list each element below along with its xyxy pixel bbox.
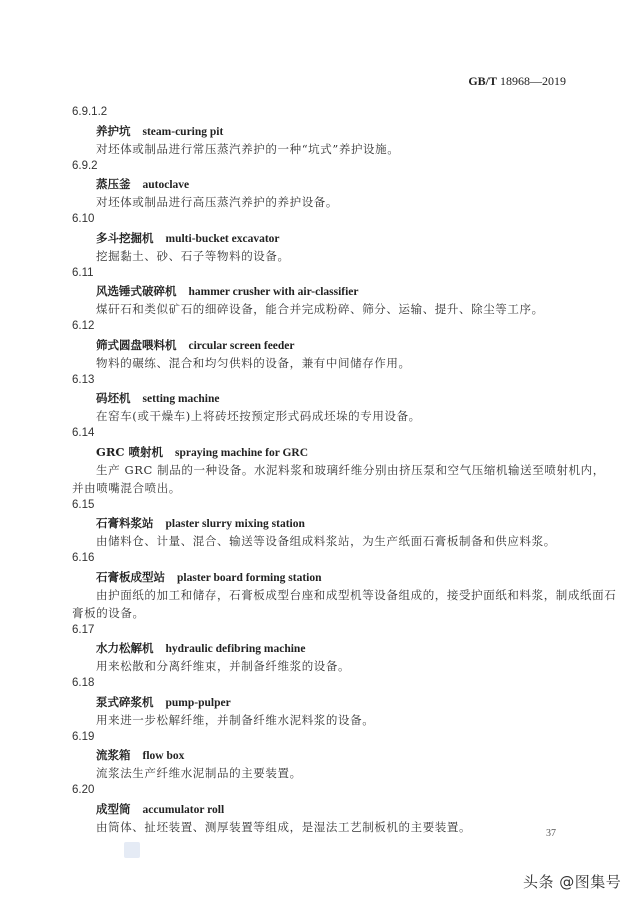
term-zh: 多斗挖掘机 [96,231,154,245]
entry-term: 筛式圆盘喂料机circular screen feeder [72,336,572,354]
term-zh: GRC 喷射机 [96,445,163,459]
entry-term: 蒸压釜autoclave [72,175,572,193]
term-en: steam-curing pit [143,126,224,138]
entry-number: 6.20 [72,782,572,800]
term-zh: 石膏料浆站 [96,516,154,530]
term-entry: 6.15 石膏料浆站plaster slurry mixing station … [72,497,572,551]
term-entry: 6.9.1.2 养护坑steam-curing pit 对坯体或制品进行常压蒸汽… [72,104,572,158]
entry-definition: 对坯体或制品进行常压蒸汽养护的一种“坑式”养护设施。 [72,140,572,158]
entry-definition: 对坯体或制品进行高压蒸汽养护的养护设备。 [72,193,572,211]
term-en: hammer crusher with air-classifier [189,286,359,298]
term-entry: 6.19 流浆箱flow box 流浆法生产纤维水泥制品的主要装置。 [72,729,572,783]
entry-definition-continued: 膏板的设备。 [72,604,572,622]
entry-term: GRC 喷射机spraying machine for GRC [72,443,572,461]
entry-definition: 由筒体、扯坯装置、测厚装置等组成，是湿法工艺制板机的主要装置。 [72,818,572,836]
entry-number: 6.18 [72,675,572,693]
term-zh: 石膏板成型站 [96,570,165,584]
term-en: setting machine [143,393,220,405]
entry-term: 流浆箱flow box [72,746,572,764]
term-entry: 6.17 水力松解机hydraulic defibring machine 用来… [72,622,572,676]
entry-term: 石膏板成型站plaster board forming station [72,568,572,586]
entry-definition: 用来进一步松解纤维，并制备纤维水泥料浆的设备。 [72,711,572,729]
term-en: flow box [143,750,185,762]
term-en: plaster board forming station [177,572,322,584]
entry-definition: 由护面纸的加工和储存，石膏板成型台座和成型机等设备组成的，接受护面纸和料浆，制成… [72,586,572,604]
entry-number: 6.17 [72,622,572,640]
watermark: 头条 @图集号 [523,871,621,892]
entry-term: 石膏料浆站plaster slurry mixing station [72,514,572,532]
term-zh: 养护坑 [96,124,131,138]
term-en: autoclave [143,179,190,191]
term-en: circular screen feeder [189,340,295,352]
entry-definition: 挖掘黏土、砂、石子等物料的设备。 [72,247,572,265]
term-zh: 码坯机 [96,391,131,405]
entry-number: 6.10 [72,211,572,229]
term-zh: 水力松解机 [96,641,154,655]
entry-number: 6.16 [72,550,572,568]
entry-number: 6.9.1.2 [72,104,572,122]
entry-term: 码坯机setting machine [72,389,572,407]
term-entry: 6.11 风选锤式破碎机hammer crusher with air-clas… [72,265,572,319]
standard-number: 18968—2019 [500,74,566,88]
entry-term: 风选锤式破碎机hammer crusher with air-classifie… [72,282,572,300]
standard-prefix: GB/T [468,74,497,88]
term-zh: 风选锤式破碎机 [96,284,177,298]
term-en: spraying machine for GRC [175,447,308,459]
entry-term: 成型筒accumulator roll [72,800,572,818]
document-page: GB/T 18968—2019 6.9.1.2 养护坑steam-curing … [0,0,640,905]
term-en: accumulator roll [143,804,225,816]
entry-number: 6.9.2 [72,158,572,176]
term-entry: 6.14 GRC 喷射机spraying machine for GRC 生产 … [72,425,572,497]
term-entry: 6.12 筛式圆盘喂料机circular screen feeder 物料的碾练… [72,318,572,372]
standard-header: GB/T 18968—2019 [468,74,566,89]
entry-definition: 物料的碾练、混合和均匀供料的设备，兼有中间储存作用。 [72,354,572,372]
page-number: 37 [546,828,556,839]
term-en: plaster slurry mixing station [166,518,305,530]
term-zh: 流浆箱 [96,748,131,762]
term-entries: 6.9.1.2 养护坑steam-curing pit 对坯体或制品进行常压蒸汽… [72,104,572,836]
entry-definition: 在窑车(或干燥车)上将砖坯按预定形式码成坯垛的专用设备。 [72,407,572,425]
entry-number: 6.12 [72,318,572,336]
entry-definition: 由储料仓、计量、混合、输送等设备组成料浆站，为生产纸面石膏板制备和供应料浆。 [72,532,572,550]
term-entry: 6.16 石膏板成型站plaster board forming station… [72,550,572,622]
term-entry: 6.13 码坯机setting machine 在窑车(或干燥车)上将砖坯按预定… [72,372,572,426]
entry-number: 6.15 [72,497,572,515]
entry-term: 多斗挖掘机multi-bucket excavator [72,229,572,247]
entry-definition: 用来松散和分离纤维束，并制备纤维浆的设备。 [72,657,572,675]
entry-term: 养护坑steam-curing pit [72,122,572,140]
term-entry: 6.20 成型筒accumulator roll 由筒体、扯坯装置、测厚装置等组… [72,782,572,836]
entry-number: 6.13 [72,372,572,390]
term-entry: 6.18 泵式碎浆机pump-pulper 用来进一步松解纤维，并制备纤维水泥料… [72,675,572,729]
entry-number: 6.11 [72,265,572,283]
term-en: multi-bucket excavator [166,233,280,245]
entry-definition: 生产 GRC 制品的一种设备。水泥料浆和玻璃纤维分别由挤压泵和空气压缩机输送至喷… [72,461,572,479]
entry-definition: 流浆法生产纤维水泥制品的主要装置。 [72,764,572,782]
term-entry: 6.10 多斗挖掘机multi-bucket excavator 挖掘黏土、砂、… [72,211,572,265]
entry-definition: 煤矸石和类似矿石的细碎设备，能合并完成粉碎、筛分、运输、提升、除尘等工序。 [72,300,572,318]
term-zh: 成型筒 [96,802,131,816]
entry-term: 泵式碎浆机pump-pulper [72,693,572,711]
entry-number: 6.19 [72,729,572,747]
term-zh: 筛式圆盘喂料机 [96,338,177,352]
term-zh: 蒸压釜 [96,177,131,191]
entry-number: 6.14 [72,425,572,443]
faded-logo-stamp [124,842,140,858]
term-zh: 泵式碎浆机 [96,695,154,709]
entry-definition-continued: 并由喷嘴混合喷出。 [72,479,572,497]
entry-term: 水力松解机hydraulic defibring machine [72,639,572,657]
term-en: hydraulic defibring machine [166,643,306,655]
term-en: pump-pulper [166,697,231,709]
term-entry: 6.9.2 蒸压釜autoclave 对坯体或制品进行高压蒸汽养护的养护设备。 [72,158,572,212]
